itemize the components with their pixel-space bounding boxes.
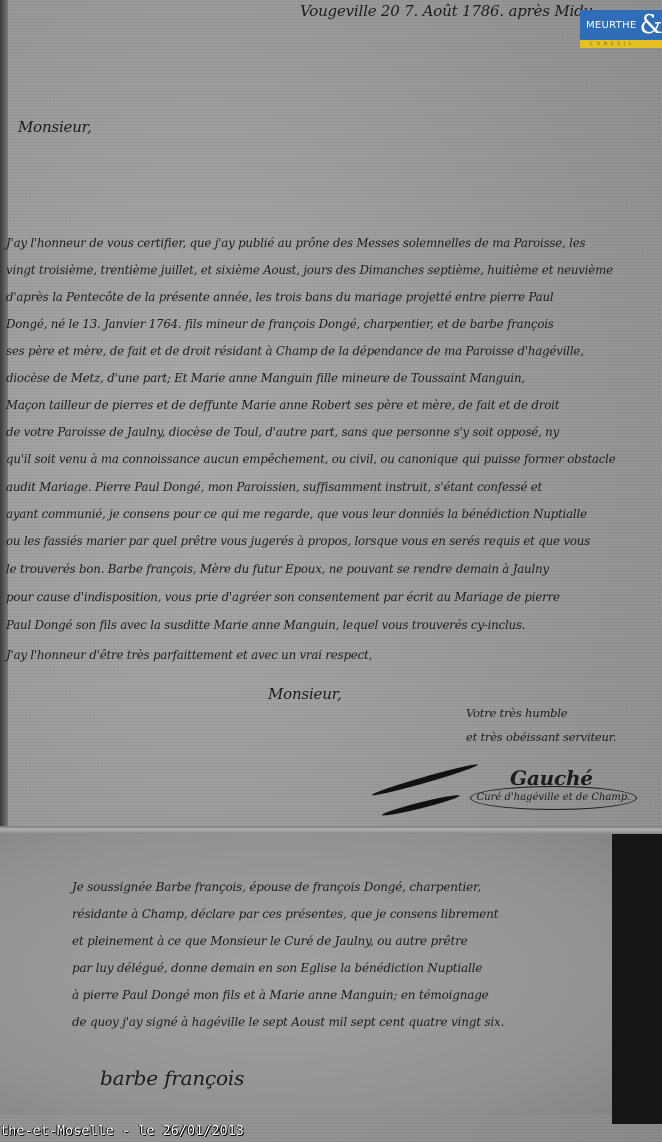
closing-salutation: Monsieur, (268, 685, 342, 703)
letter-salutation: Monsieur, (18, 118, 92, 136)
letter-line: qu'il soit venu à ma connoissance aucun … (6, 452, 616, 466)
note-line: Je soussignée Barbe françois, épouse de … (72, 880, 481, 894)
letter-line: ses père et mère, de fait et de droit ré… (6, 344, 584, 358)
logo-ampersand: & (640, 12, 662, 38)
note-line: et pleinement à ce que Monsieur le Curé … (72, 934, 468, 948)
letter-line: pour cause d'indisposition, vous prie d'… (6, 590, 560, 604)
letter-line: vingt troisième, trentième juillet, et s… (6, 263, 613, 277)
note-line: à pierre Paul Dongé mon fils et à Marie … (72, 988, 489, 1002)
letter-line: de votre Paroisse de Jaulny, diocèse de … (6, 425, 559, 439)
letter-line: J'ay l'honneur de vous certifier, que j'… (6, 236, 585, 250)
page-join (0, 826, 662, 834)
closing-line: Votre très humble (466, 706, 567, 720)
signature-title: Curé d'hagéville et de Champ. (471, 787, 636, 809)
letter-line: d'après la Pentecôte de la présente anné… (6, 290, 553, 304)
letter-line: J'ay l'honneur d'être très parfaittement… (6, 648, 372, 662)
letter-line: ou les fassiés marier par quel prêtre vo… (6, 534, 590, 548)
document-header-date: Vougeville 20 7. Août 1786. après Midy (300, 2, 592, 20)
scan-background (612, 834, 662, 1124)
letter-line: le trouverés bon. Barbe françois, Mère d… (6, 562, 549, 576)
archives-logo[interactable]: MEURTHE & CONSEIL (580, 10, 662, 48)
logo-banner: MEURTHE & (580, 10, 662, 40)
letter-line: Maçon tailleur de pierres et de deffunte… (6, 398, 559, 412)
note-line: résidante à Champ, déclare par ces prése… (72, 907, 498, 921)
closing-line: et très obéissant serviteur. (466, 730, 616, 744)
note-line: de quoy j'ay signé à hagéville le sept A… (72, 1015, 504, 1029)
letter-line: ayant communié, je consens pour ce qui m… (6, 507, 587, 521)
letter-line: Paul Dongé son fils avec la susditte Mar… (6, 618, 525, 632)
note-line: par luy délégué, donne demain en son Egl… (72, 961, 482, 975)
signature-title-oval: Curé d'hagéville et de Champ. (470, 786, 637, 810)
mother-signature: barbe françois (100, 1066, 244, 1090)
archive-watermark: the-et-Moselle - le 26/01/2013 (0, 1123, 244, 1139)
logo-subtext: CONSEIL (580, 40, 662, 48)
letter-line: audit Mariage. Pierre Paul Dongé, mon Pa… (6, 480, 542, 494)
letter-line: diocèse de Metz, d'une part; Et Marie an… (6, 371, 525, 385)
page-edge-shadow (0, 0, 8, 830)
logo-text: MEURTHE (586, 20, 637, 31)
letter-line: Dongé, né le 13. Janvier 1764. fils mine… (6, 317, 554, 331)
